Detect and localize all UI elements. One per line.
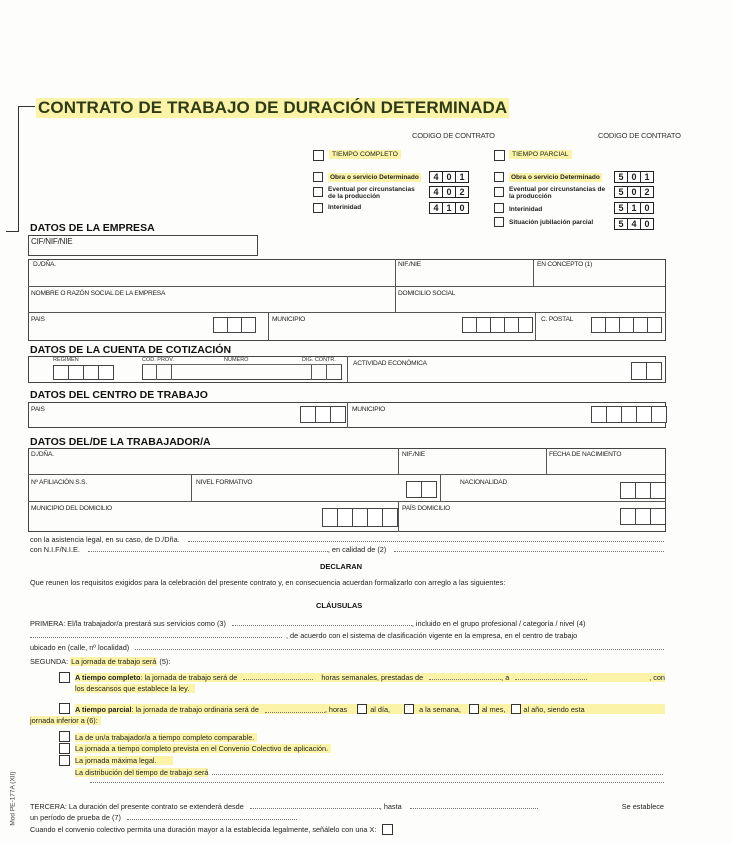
tp-eventual-code: 502 — [614, 186, 654, 198]
divider — [533, 259, 534, 286]
numero-label: NÚMERO — [224, 357, 248, 363]
primera-line-2: , de acuerdo con el sistema de clasifica… — [30, 631, 664, 640]
section-empresa-heading: DATOS DE LA EMPRESA — [30, 222, 155, 234]
tp-jubilacion-label: Situación jubilación parcial — [509, 219, 593, 226]
divider — [395, 259, 396, 312]
document-title: CONTRATO DE TRABAJO DE DURACIÓN DETERMIN… — [36, 98, 509, 118]
clausulas-heading: CLÁUSULAS — [316, 601, 362, 610]
opt-convenio-checkbox[interactable] — [59, 743, 70, 754]
divider — [28, 312, 666, 313]
code-header-left: CODIGO DE CONTRATO — [412, 131, 495, 140]
cif-label: CIF/NIF/NIE — [31, 237, 72, 246]
con-nif-text: con N.I.F/N.I.E. — [30, 545, 80, 554]
prestadas-a-input[interactable] — [515, 673, 587, 680]
primera-servicios-input[interactable] — [232, 619, 412, 626]
section-cotizacion-heading: DATOS DE LA CUENTA DE COTIZACIÓN — [30, 344, 231, 356]
divider — [311, 365, 312, 380]
parcial-line-2: jornada inferior a (6): — [30, 716, 101, 725]
divider — [347, 356, 348, 383]
tc-interinidad-label: Interinidad — [328, 204, 361, 211]
al-anio-label: al año, siendo esta — [523, 705, 584, 714]
code-digit: 4 — [430, 203, 443, 213]
tp-obra-checkbox[interactable] — [494, 172, 504, 182]
pais-domicilio-label: PAÍS DOMICILIO — [402, 505, 450, 512]
code-digit: 0 — [443, 172, 456, 182]
nacionalidad-label: NACIONALIDAD — [460, 479, 507, 486]
divider — [398, 501, 399, 532]
parcial-bold: A tiempo parcial — [75, 705, 132, 714]
tp-jubilacion-code: 540 — [614, 218, 654, 230]
tercera-text: un período de prueba de (7) — [30, 813, 121, 822]
code-digit: 0 — [641, 219, 653, 229]
primera-line-3: ubicado en (calle, nº localidad) — [30, 643, 664, 652]
primera-text: PRIMERA: El/la trabajador/a prestará sus… — [30, 619, 226, 628]
regimen-label: RÉGIMEN — [53, 357, 79, 363]
a-la-semana-checkbox[interactable] — [404, 704, 414, 714]
actividad-digits[interactable] — [631, 362, 662, 380]
opt-convenio-label: La jornada a tiempo completo prevista en… — [75, 744, 331, 753]
tiempo-parcial-label: TIEMPO PARCIAL — [509, 150, 572, 159]
con-nif-input[interactable] — [88, 545, 328, 552]
tiempo-parcial-option-checkbox[interactable] — [59, 703, 70, 714]
tp-interinidad-checkbox[interactable] — [494, 203, 504, 213]
asistencia-text: con la asistencia legal, en su caso, de … — [30, 535, 180, 544]
trabajador-ddna-label: D./DÑA. — [31, 451, 54, 458]
divider — [326, 365, 327, 380]
code-digit: 5 — [615, 203, 628, 213]
tercera-text: , hasta — [380, 802, 402, 811]
divider — [535, 312, 536, 341]
trabajador-nif-input[interactable] — [402, 460, 544, 473]
domicilio-social-input[interactable] — [398, 298, 663, 311]
calidad-input[interactable] — [394, 545, 664, 552]
divider — [347, 402, 348, 428]
code-digit: 1 — [628, 203, 641, 213]
tc-eventual-checkbox[interactable] — [313, 187, 323, 197]
regimen-digits[interactable] — [53, 365, 114, 380]
concepto-label: EN CONCEPTO (1) — [537, 261, 592, 268]
segunda-line: SEGUNDA: La jornada de trabajo será (5): — [30, 657, 170, 666]
tiempo-completo-option-checkbox[interactable] — [59, 672, 70, 683]
completo-text: , a — [501, 673, 509, 682]
concepto-input[interactable] — [537, 270, 663, 284]
code-header-right: CODIGO DE CONTRATO — [598, 131, 681, 140]
parcial-text: , horas — [325, 705, 347, 714]
nivel-formativo-digits[interactable] — [406, 481, 437, 498]
code-digit: 1 — [456, 172, 468, 182]
afiliacion-input[interactable] — [30, 487, 189, 500]
al-dia-checkbox[interactable] — [357, 704, 367, 714]
dig-contr-label: DIG. CONTR. — [302, 357, 336, 363]
primera-grupo-input[interactable] — [30, 631, 282, 638]
primera-text: , incluido en el grupo profesional / cat… — [412, 619, 586, 628]
code-digit: 4 — [430, 187, 443, 197]
divider — [440, 474, 441, 501]
pais-domicilio-digits[interactable] — [620, 508, 666, 525]
code-digit: 0 — [456, 203, 468, 213]
divider — [546, 448, 547, 474]
tc-interinidad-checkbox[interactable] — [313, 203, 323, 213]
nombre-empresa-label: NOMBRE O RAZÓN SOCIAL DE LA EMPRESA — [31, 290, 165, 297]
cpostal-label: C. POSTAL — [541, 316, 573, 323]
nacionalidad-digits[interactable] — [620, 482, 666, 499]
asistencia-input[interactable] — [188, 535, 664, 542]
segunda-suffix: (5): — [159, 657, 170, 666]
tercera-line-1: TERCERA: La duración del presente contra… — [30, 802, 664, 811]
divider — [156, 365, 157, 380]
centro-pais-digits[interactable] — [300, 406, 346, 423]
nombre-empresa-input[interactable] — [30, 298, 392, 311]
prestadas-de-input[interactable] — [429, 673, 501, 680]
tercera-text: Cuando el convenio colectivo permita una… — [30, 825, 376, 834]
desde-input[interactable] — [250, 802, 380, 809]
al-dia-label: al día, — [370, 705, 390, 714]
al-mes-label: al mes, — [482, 705, 506, 714]
form-model-code: Mod PE-177A (XII) — [10, 771, 17, 825]
trabajador-ddna-input[interactable] — [30, 460, 396, 473]
code-digit: 0 — [641, 203, 653, 213]
nif-calidad-line: con N.I.F/N.I.E. , en calidad de (2) — [30, 545, 664, 554]
code-digit: 1 — [443, 203, 456, 213]
periodo-prueba-input[interactable] — [127, 813, 297, 820]
primera-text: , de acuerdo con el sistema de clasifica… — [286, 631, 577, 640]
tc-eventual-code: 402 — [429, 186, 469, 198]
code-digit: 0 — [628, 187, 641, 197]
tp-obra-code: 501 — [614, 171, 654, 183]
divider — [171, 365, 172, 380]
numero-field[interactable] — [142, 365, 342, 380]
code-digit: 0 — [628, 172, 641, 182]
code-digit: 2 — [456, 187, 468, 197]
actividad-label: ACTIVIDAD ECONÓMICA — [353, 360, 427, 367]
code-digit: 4 — [430, 172, 443, 182]
primera-line-1: PRIMERA: El/la trabajador/a prestará sus… — [30, 619, 664, 628]
asistencia-line: con la asistencia legal, en su caso, de … — [30, 535, 664, 544]
completo-line-1: A tiempo completo : la jornada de trabaj… — [75, 673, 665, 682]
al-mes-checkbox[interactable] — [469, 704, 479, 714]
hasta-input[interactable] — [410, 802, 538, 809]
tc-obra-checkbox[interactable] — [313, 172, 323, 182]
empresa-municipio-digits[interactable] — [462, 317, 533, 333]
domicilio-social-label: DOMICILIO SOCIAL — [398, 290, 455, 297]
segunda-highlight: La jornada de trabajo será — [70, 657, 157, 666]
distribucion-input-2[interactable] — [90, 776, 664, 783]
tercera-text: Se establece — [622, 802, 664, 811]
fecha-nacimiento-input[interactable] — [549, 460, 664, 473]
parcial-text: : la jornada de trabajo ordinaria será d… — [132, 705, 259, 714]
centro-municipio-digits[interactable] — [591, 406, 667, 423]
divider — [28, 501, 666, 502]
convenio-duracion-checkbox[interactable] — [382, 824, 393, 835]
tiempo-completo-checkbox[interactable] — [313, 150, 324, 161]
empresa-pais-digits[interactable] — [213, 317, 256, 333]
tiempo-parcial-checkbox[interactable] — [494, 150, 505, 161]
bracket-line — [18, 106, 19, 231]
al-anio-checkbox[interactable] — [511, 704, 521, 714]
divider — [268, 312, 269, 341]
opt-comparable-checkbox[interactable] — [59, 731, 70, 742]
municipio-domicilio-label: MUNICIPIO DEL DOMICILIO — [31, 505, 112, 512]
bracket-top — [18, 106, 35, 107]
primera-text: ubicado en (calle, nº localidad) — [30, 643, 129, 652]
completo-text: : la jornada de trabajo será de — [140, 673, 237, 682]
distribucion-input[interactable] — [212, 768, 663, 775]
code-digit: 5 — [615, 172, 628, 182]
code-digit: 2 — [641, 187, 653, 197]
opt-maxima-checkbox[interactable] — [59, 755, 70, 766]
segunda-prefix: SEGUNDA: — [30, 657, 68, 666]
municipio-domicilio-digits[interactable] — [322, 508, 398, 527]
completo-bold: A tiempo completo — [75, 673, 140, 682]
empresa-municipio-label: MUNICIPIO — [272, 316, 305, 323]
code-digit: 4 — [628, 219, 641, 229]
empresa-ddna-input[interactable] — [30, 270, 392, 284]
empresa-nif-input[interactable] — [398, 270, 530, 284]
tp-interinidad-code: 510 — [614, 202, 654, 214]
fecha-nacimiento-label: FECHA DE NACIMIENTO — [549, 451, 621, 458]
completo-text: , con — [649, 673, 665, 682]
empresa-pais-label: PAIS — [31, 316, 45, 323]
empresa-ddna-label: D./DÑA. — [33, 261, 56, 268]
tp-eventual-label: Eventual por circunstancias de la produc… — [509, 186, 607, 200]
tc-interinidad-code: 410 — [429, 202, 469, 214]
code-digit: 0 — [443, 187, 456, 197]
a-la-semana-label: a la semana, — [419, 705, 461, 714]
declaran-heading: DECLARAN — [320, 562, 362, 571]
tp-jubilacion-checkbox[interactable] — [494, 217, 504, 227]
divider — [28, 474, 666, 475]
horas-parcial-input[interactable] — [265, 706, 325, 713]
tp-eventual-checkbox[interactable] — [494, 187, 504, 197]
opt-maxima-label: La jornada máxima legal. — [75, 756, 173, 765]
code-digit: 1 — [641, 172, 653, 182]
divider — [191, 474, 192, 501]
trabajador-nif-label: NIF./NIE — [402, 451, 425, 458]
tc-obra-code: 401 — [429, 171, 469, 183]
parcial-line-1: A tiempo parcial : la jornada de trabajo… — [75, 704, 665, 714]
tp-obra-label: Obra o servicio Determinado — [509, 173, 602, 182]
tercera-line-3: Cuando el convenio colectivo permita una… — [30, 824, 393, 835]
nivel-formativo-label: NIVEL FORMATIVO — [196, 479, 252, 486]
opt-comparable-label: La de un/a trabajador/a a tiempo complet… — [75, 733, 257, 742]
tc-eventual-label: Eventual por circunstancias de la produc… — [328, 186, 423, 200]
primera-ubicacion-input[interactable] — [135, 643, 664, 650]
cod-prov-label: COD. PROV. — [142, 357, 174, 363]
completo-line-2: los descansos que establece la ley. — [75, 684, 195, 693]
code-digit: 5 — [615, 219, 628, 229]
tiempo-completo-label: TIEMPO COMPLETO — [329, 150, 401, 159]
completo-text: horas semanales, prestadas de — [321, 673, 423, 682]
calidad-text: , en calidad de (2) — [328, 545, 386, 554]
centro-pais-label: PAIS — [31, 406, 45, 413]
section-centro-heading: DATOS DEL CENTRO DE TRABAJO — [30, 389, 208, 401]
afiliacion-label: Nº AFILIACIÓN S.S. — [31, 479, 87, 486]
bracket-bottom — [6, 231, 19, 232]
centro-municipio-label: MUNICIPIO — [352, 406, 385, 413]
cpostal-digits[interactable] — [591, 317, 662, 333]
divider — [28, 286, 666, 287]
tc-obra-label: Obra o servicio Determinado — [328, 173, 421, 182]
divider — [398, 448, 399, 474]
declaran-text: Que reunen los requisitos exigidos para … — [30, 578, 505, 587]
horas-semanales-input[interactable] — [243, 673, 313, 680]
code-digit: 5 — [615, 187, 628, 197]
tp-interinidad-label: Interinidad — [509, 206, 542, 213]
section-trabajador-heading: DATOS DEL/DE LA TRABAJADOR/A — [30, 436, 211, 448]
empresa-nif-label: NIF./NIE — [398, 261, 421, 268]
tercera-text: TERCERA: La duración del presente contra… — [30, 802, 244, 811]
tercera-line-2: un período de prueba de (7) — [30, 813, 297, 822]
